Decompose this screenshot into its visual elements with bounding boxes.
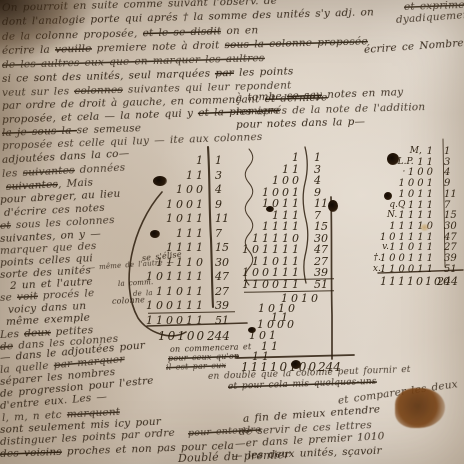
ink-blot (153, 176, 167, 186)
ink-blot (266, 206, 274, 212)
ink-blot (384, 192, 392, 200)
ink-blot (150, 230, 160, 238)
manuscript-photo: On pourroit en suite comme suivant l'obs… (0, 0, 464, 464)
ink-blot (328, 200, 338, 212)
ink-marks-layer (0, 0, 464, 464)
ink-blot (387, 153, 399, 165)
paper-fleck (420, 224, 429, 231)
ink-blot (291, 360, 301, 369)
stain-mark (395, 388, 445, 428)
ink-blot (248, 327, 256, 333)
